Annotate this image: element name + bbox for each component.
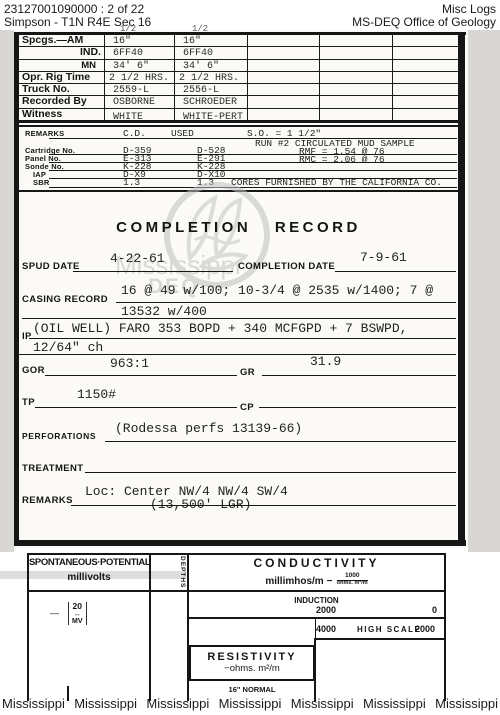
rule-line: [35, 407, 237, 408]
row-label: Opr. Rig Time: [19, 72, 105, 83]
rule-line: [262, 375, 456, 376]
footer-watermark: Mississippi: [363, 696, 426, 711]
tp-value: 1150#: [77, 388, 116, 401]
table-row: Recorded By OSBORNE SCHROEDER: [19, 96, 458, 108]
footer-watermark: Mississippi: [291, 696, 354, 711]
spud-date-label: SPUD DATE: [22, 261, 80, 272]
completion-date-value: 7-9-61: [360, 251, 407, 264]
normal-curve-label: 16" NORMAL: [189, 685, 315, 694]
table-row: Truck No. 2559-L 2556-L: [19, 84, 458, 96]
run1-cell: 2559-L: [105, 84, 175, 95]
row-label: Recorded By: [19, 96, 105, 107]
table-row: IND. 6FF40 6FF40: [19, 47, 458, 59]
rule-line: [71, 505, 456, 506]
empty-cell: [393, 72, 456, 83]
empty-cell: [320, 72, 393, 83]
rule-line: [335, 271, 456, 272]
sp-scale-unit: MV: [72, 618, 83, 625]
depths-column-label: DEPTHS: [152, 556, 186, 588]
empty-cell: [320, 84, 393, 95]
run2-cell: 16": [175, 35, 248, 46]
rule-line: [49, 154, 457, 155]
remarks-value: USED: [171, 130, 194, 138]
scan-margin-left: [0, 30, 14, 552]
log-header-panel: SPONTANEOUS·POTENTIAL millivolts DEPTHS …: [0, 552, 500, 702]
footer-watermark: Mississippi: [219, 696, 282, 711]
table-row: MN 34' 6" 34' 6": [19, 60, 458, 72]
run2-cell: 2 1/2 HRS.: [175, 72, 248, 83]
conductivity-fraction: 1000ohms. m²/m: [337, 573, 368, 586]
footer-watermark-row: Mississippi Mississippi Mississippi Miss…: [0, 696, 500, 711]
footer-watermark: Mississippi: [74, 696, 137, 711]
run2-cell: 34' 6": [175, 60, 248, 71]
document-type: Misc Logs: [442, 2, 496, 16]
sp-track-title: SPONTANEOUS·POTENTIAL: [29, 557, 149, 568]
fraction-denominator: ohms. m²/m: [337, 581, 368, 587]
sp-scale-box: 20 ↔ MV: [68, 602, 87, 625]
empty-cell: [320, 35, 393, 46]
high-scale-label: HIGH SCALE: [357, 625, 421, 634]
rule-line: [315, 638, 445, 640]
empty-cell: [393, 47, 456, 58]
resistivity-title: RESISTIVITY: [191, 651, 313, 663]
run1-cell: OSBORNE: [105, 96, 175, 107]
remarks-value: S.O. = 1 1/2": [247, 130, 321, 138]
rule-line: [73, 271, 233, 272]
rule-line: [149, 553, 151, 701]
gr-value: 31.9: [310, 355, 341, 368]
induction-label: INDUCTION: [189, 596, 444, 605]
empty-cell: [393, 60, 456, 71]
row-label: Witness: [19, 109, 105, 120]
log-run-table: Spcgs.—AM 16" 16" IND. 6FF40 6FF40 MN 34…: [19, 35, 458, 123]
conductivity-track-subtitle: millimhos/m − 1000ohms. m²/m: [189, 571, 444, 589]
run2-cell: SCHROEDER: [175, 96, 248, 107]
gor-value: 963:1: [110, 357, 149, 370]
ip-value: (OIL WELL) FARO 353 BOPD + 340 MCFGPD + …: [33, 322, 407, 335]
sp-scale-arrows-icon: ↔: [72, 611, 83, 618]
table-row: Witness WHITE WHITE-PERT: [19, 109, 458, 123]
treatment-label: TREATMENT: [22, 463, 83, 474]
casing-record-value: 16 @ 49 w/100; 10-3/4 @ 2535 w/1400; 7 @: [121, 284, 433, 297]
resistivity-heading-box: RESISTIVITY −ohms. m²/m: [189, 645, 315, 681]
empty-cell: [248, 35, 320, 46]
perforations-value: (Rodessa perfs 13139-66): [115, 422, 302, 435]
rule-line: [45, 375, 237, 376]
rule-line: [105, 441, 456, 442]
table-row: Opr. Rig Time 2 1/2 HRS. 2 1/2 HRS.: [19, 72, 458, 84]
empty-cell: [248, 96, 320, 107]
empty-cell: [248, 72, 320, 83]
gor-label: GOR: [22, 365, 45, 376]
table-row: Spcgs.—AM 16" 16": [19, 35, 458, 47]
empty-cell: [393, 96, 456, 107]
row-label: IND.: [19, 47, 105, 58]
rule-line: [19, 354, 456, 355]
footer-watermark: Mississippi: [2, 696, 65, 711]
row-label: Spcgs.—AM: [19, 35, 105, 46]
casing-record-value2: 13532 w/400: [121, 305, 207, 318]
remarks-value: C.D.: [123, 130, 146, 138]
empty-cell: [320, 96, 393, 107]
rule-line: [49, 170, 457, 171]
empty-cell: [393, 109, 456, 120]
remarks-label: REMARKS: [22, 495, 73, 506]
empty-cell: [248, 60, 320, 71]
run2-cell: WHITE-PERT: [175, 109, 248, 120]
rule-line: [116, 302, 456, 303]
sp-track-subtitle: millivolts: [29, 572, 149, 583]
empty-cell: [248, 109, 320, 120]
run2-cell: 6FF40: [175, 47, 248, 58]
run1-cell: 6FF40: [105, 47, 175, 58]
empty-cell: [320, 109, 393, 120]
document-id: 23127001090000 : 2 of 22: [4, 2, 144, 16]
sp-scale-marker: — 20 ↔ MV: [50, 602, 87, 625]
sp-scale-dash: —: [50, 608, 59, 618]
casing-record-label: CASING RECORD: [22, 294, 108, 305]
office-name: MS-DEQ Office of Geology: [352, 15, 496, 29]
rule-line: [49, 162, 457, 163]
rule-line: [189, 617, 444, 619]
row-label: SBR: [33, 178, 49, 187]
row-label: MN: [19, 60, 105, 71]
rule-line: [444, 553, 446, 701]
footer-watermark: Mississippi: [435, 696, 498, 711]
cp-label: CP: [240, 402, 254, 413]
completion-date-label: COMPLETION DATE: [238, 261, 335, 272]
spud-date-value: 4-22-61: [110, 252, 165, 265]
form-border-bottom: [14, 540, 466, 546]
ip-label: IP: [22, 331, 32, 342]
scanned-log-page: 23127001090000 : 2 of 22 Misc Logs Simps…: [0, 0, 500, 715]
empty-cell: [320, 60, 393, 71]
remarks-label: REMARKS: [25, 129, 64, 138]
run2-cell: 2556-L: [175, 84, 248, 95]
empty-cell: [248, 47, 320, 58]
gr-label: GR: [240, 367, 255, 378]
induction-scale-right: 0: [432, 605, 437, 615]
rule-line: [29, 338, 456, 339]
rule-line: [19, 125, 458, 127]
run1-cell: 2 1/2 HRS.: [105, 72, 175, 83]
conductivity-track-title: CONDUCTIVITY: [189, 556, 444, 570]
footer-watermark: Mississippi: [146, 696, 209, 711]
rule-line: [22, 318, 456, 319]
empty-cell: [248, 84, 320, 95]
row-label: Truck No.: [19, 84, 105, 95]
section-title: COMPLETION RECORD: [19, 219, 458, 236]
rule-line: [259, 407, 456, 408]
rule-line: [27, 553, 446, 555]
empty-cell: [320, 47, 393, 58]
sp-scale-value: 20: [72, 602, 83, 611]
resistivity-units: −ohms. m²/m: [191, 663, 313, 674]
completion-record-section: COMPLETION RECORD SPUD DATE 4-22-61 COMP…: [19, 195, 458, 540]
high-scale-right: 2000: [415, 624, 435, 634]
run1-value: 1.3: [123, 179, 140, 187]
run1-cell: 34' 6": [105, 60, 175, 71]
tp-label: TP: [22, 397, 35, 408]
rule-line: [315, 618, 316, 639]
perforations-label: PERFORATIONS: [22, 431, 96, 441]
run1-cell: 16": [105, 35, 175, 46]
conductivity-units: millimhos/m −: [265, 576, 332, 587]
empty-cell: [393, 35, 456, 46]
rule-line: [85, 472, 456, 473]
run1-cell: WHITE: [105, 109, 175, 120]
empty-cell: [393, 84, 456, 95]
ip-value2: 12/64" ch: [33, 341, 103, 354]
form-border-right: [458, 32, 465, 544]
scan-margin-right: [468, 30, 500, 552]
rule-line: [27, 590, 446, 592]
high-scale-left: 4000: [316, 624, 336, 634]
induction-scale-left: 2000: [316, 605, 336, 615]
